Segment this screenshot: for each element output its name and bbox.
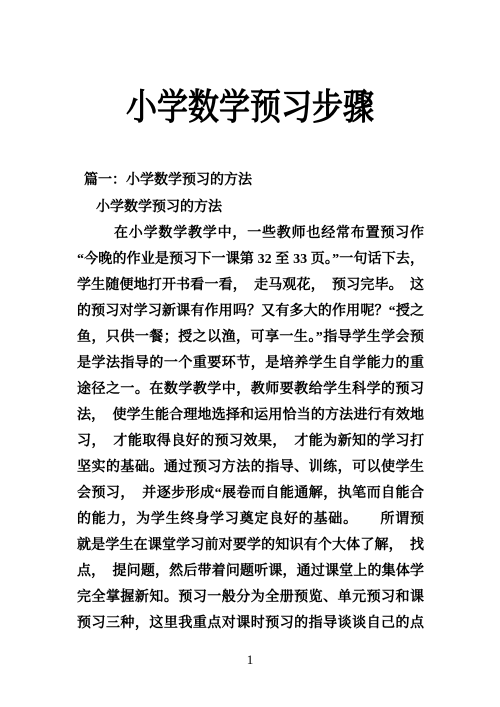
- document-title: 小学数学预习步骤: [0, 82, 500, 133]
- paragraph-line: 在小学数学教学中，一些教师也经常布置预习作业：: [77, 221, 424, 247]
- paragraph-line: 会预习， 并逐步形成“展卷而自能通解，执笔而自能合度”: [77, 481, 424, 507]
- paragraph-line: 的预习对学习新课有作用吗？又有多大的作用呢？“授之一: [77, 299, 424, 325]
- paragraph-line: 学生随便地打开书看一看， 走马观花， 预习完毕。 这样: [77, 273, 424, 299]
- paragraph-line: 就是学生在课堂学习前对要学的知识有个大体了解， 找疑: [77, 533, 424, 559]
- page-number: 1: [0, 651, 500, 669]
- sub-heading: 小学数学预习的方法: [77, 194, 424, 221]
- paragraph-line: 点， 提问题，然后带着问题听课，通过课堂上的集体学习: [77, 559, 424, 585]
- paragraph-line: 完全掌握新知。预习一般分为全册预览、单元预习和课时: [77, 585, 424, 611]
- section-heading: 篇一：小学数学预习的方法: [77, 167, 424, 194]
- paragraph-line: 的能力，为学生终身学习奠定良好的基础。 所谓预习，: [77, 507, 424, 533]
- paragraph-line: 习， 才能取得良好的预习效果， 才能为新知的学习打下: [77, 429, 424, 455]
- paragraph-line: 鱼，只供一餐；授之以渔，可享一生。”指导学生学会预习: [77, 325, 424, 351]
- paragraph-line: 坚实的基础。通过预习方法的指导、训练，可以使学生学: [77, 455, 424, 481]
- text-column: 篇一：小学数学预习的方法 小学数学预习的方法 在小学数学教学中，一些教师也经常布…: [77, 167, 424, 637]
- paragraph: 在小学数学教学中，一些教师也经常布置预习作业：“今晚的作业是预习下一课第 32 …: [77, 221, 424, 637]
- paragraph-line: 途径之一。在数学教学中，教师要教给学生科学的预习方: [77, 377, 424, 403]
- paragraph-line: 预习三种，这里我重点对课时预习的指导谈谈自己的点滴: [77, 611, 424, 637]
- paragraph-line: 是学法指导的一个重要环节，是培养学生自学能力的重要: [77, 351, 424, 377]
- document-page: 小学数学预习步骤 篇一：小学数学预习的方法 小学数学预习的方法 在小学数学教学中…: [0, 0, 500, 707]
- paragraph-line: 法， 使学生能合理地选择和运用恰当的方法进行有效地预: [77, 403, 424, 429]
- paragraph-line: “今晚的作业是预习下一课第 32 至 33 页。”一句话下去，: [77, 247, 424, 273]
